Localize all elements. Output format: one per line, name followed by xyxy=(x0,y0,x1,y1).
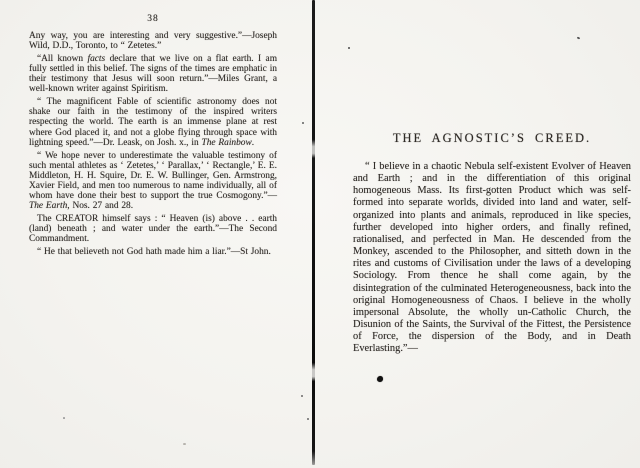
scan-speck xyxy=(577,36,581,39)
italic-text: The Rainbow xyxy=(202,138,252,148)
paragraph: The CREATOR himself says : “ Heaven (is)… xyxy=(29,214,277,244)
text-run: “All known xyxy=(37,54,87,64)
scan-speck xyxy=(307,418,309,420)
book-scan: 38 Any way, you are interesting and very… xyxy=(0,0,640,468)
left-page: 38 Any way, you are interesting and very… xyxy=(29,14,277,260)
italic-text: facts xyxy=(87,54,105,64)
italic-text: The Earth xyxy=(29,201,67,211)
scan-speck xyxy=(63,417,65,419)
page-number: 38 xyxy=(29,14,277,24)
text-run: , Nos. 27 and 28. xyxy=(67,201,133,211)
book-gutter-shadow xyxy=(312,0,315,465)
text-run: Any way, you are interesting and very su… xyxy=(29,31,277,51)
paragraph: Any way, you are interesting and very su… xyxy=(29,31,277,51)
text-run: “ I believe in a chaotic Nebula self-exi… xyxy=(353,161,631,354)
text-run: “ He that believeth not God hath made hi… xyxy=(37,247,271,257)
paragraph: “ We hope never to underestimate the val… xyxy=(29,151,277,212)
paragraph: “ I believe in a chaotic Nebula self-exi… xyxy=(353,161,631,356)
scan-speck xyxy=(301,395,303,397)
scan-speck xyxy=(348,47,350,49)
scan-speck xyxy=(302,122,304,124)
right-page-text-block: “ I believe in a chaotic Nebula self-exi… xyxy=(353,161,631,356)
paragraph: “All known facts declare that we live on… xyxy=(29,54,277,95)
text-run: . xyxy=(252,138,254,148)
text-run: “ We hope never to underestimate the val… xyxy=(29,151,277,202)
chapter-title: THE AGNOSTIC’S CREED. xyxy=(353,131,631,146)
scan-speck xyxy=(183,443,186,445)
left-page-text-block: Any way, you are interesting and very su… xyxy=(29,31,277,257)
right-page: THE AGNOSTIC’S CREED. “ I believe in a c… xyxy=(353,131,631,356)
text-run: The CREATOR himself says : “ Heaven (is)… xyxy=(29,214,277,244)
paragraph: “ The magnificent Fable of scientific as… xyxy=(29,97,277,148)
ink-dot-artifact xyxy=(377,376,383,382)
paragraph: “ He that believeth not God hath made hi… xyxy=(29,247,277,257)
